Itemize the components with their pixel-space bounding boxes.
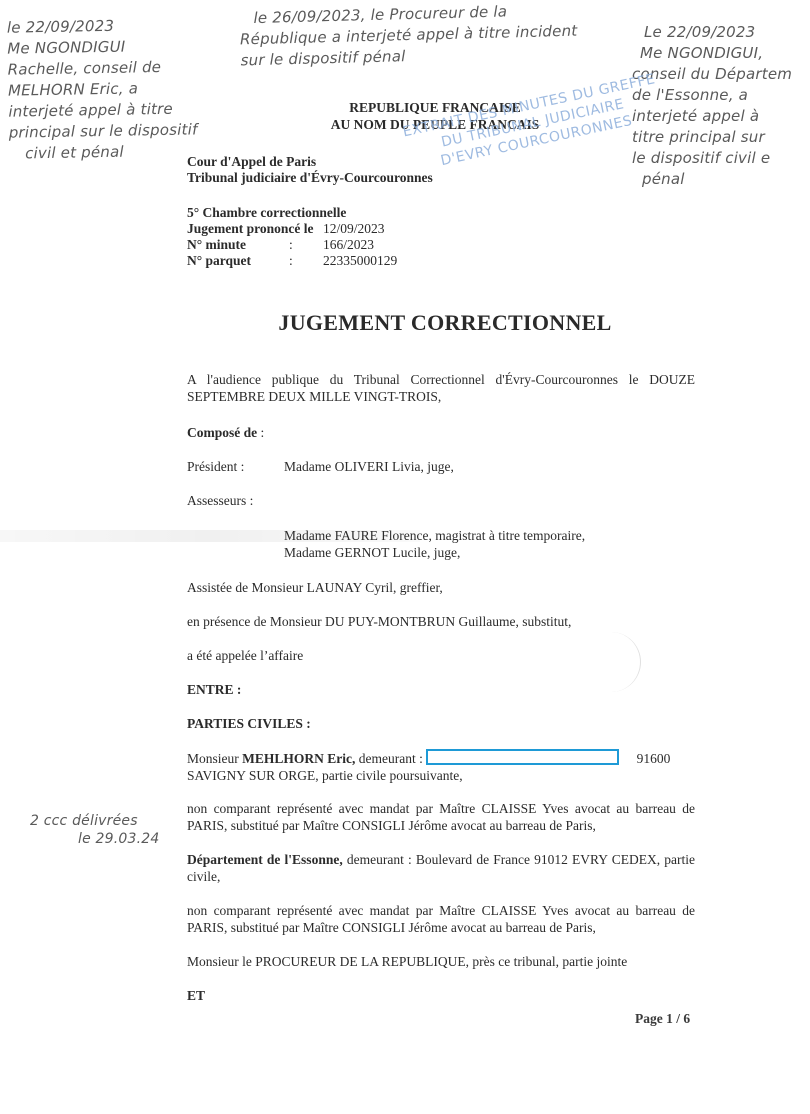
note-line: Me NGONDIGUI, [640,43,792,64]
tribunal-name: Tribunal judiciaire d'Évry-Courcouronnes [187,170,433,186]
et-heading: ET [187,987,695,1004]
chamber: 5° Chambre correctionnelle [187,205,397,221]
minute-row: N° minute : 166/2023 [187,237,397,253]
note-line: Le 22/09/2023 [640,22,792,43]
minute-value: 166/2023 [323,237,374,253]
entre-heading: ENTRE : [187,681,695,698]
handwritten-note-copies-delivered: 2 ccc délivrées le 29.03.24 [30,812,160,848]
representation-2: non comparant représenté avec mandat par… [187,902,695,936]
handwritten-note-appeal-procureur: le 26/09/2023, le Procureur de la Républ… [239,0,578,71]
note-line: civil et pénal [9,140,198,164]
note-line: le dispositif civil e [632,148,792,169]
note-line: pénal [640,169,792,190]
intro-text: A l'audience publique du Tribunal Correc… [187,371,695,405]
composition-colon: : [257,425,264,440]
greffier-line: Assistée de Monsieur LAUNAY Cyril, greff… [187,579,695,596]
composition-heading: Composé de : [187,424,695,441]
assesseurs-label: Assesseurs : [187,492,695,509]
president-label: Président : [187,458,284,475]
court-block: Cour d'Appel de Paris Tribunal judiciair… [187,154,433,186]
parquet-value: 22335000129 [323,253,397,269]
partie-civile-2: Département de l'Essonne, demeurant : Bo… [187,851,695,885]
registry-stamp: EXTRAIT DES MINUTES DU GREFFE DU TRIBUNA… [400,70,666,177]
page-number: Page 1 / 6 [635,1011,690,1027]
parties-civiles-heading: PARTIES CIVILES : [187,715,695,732]
representation-text: non comparant représenté avec mandat par… [187,902,695,936]
postcode: 91600 [619,751,670,766]
procureur-line: Monsieur le PROCUREUR DE LA REPUBLIQUE, … [187,953,695,970]
note-line: le 29.03.24 [30,830,160,848]
partie-name: MEHLHORN Eric, [242,751,355,766]
assesseur: Madame GERNOT Lucile, juge, [284,544,695,561]
civility: Monsieur [187,751,242,766]
substitut-line: en présence de Monsieur DU PUY-MONTBRUN … [187,613,695,630]
note-line: titre principal sur [632,127,792,148]
note-line: principal sur le dispositif [9,119,198,143]
case-metadata: 5° Chambre correctionnelle Jugement pron… [187,205,397,269]
judgment-date-row: Jugement prononcé le 12/09/2023 [187,221,397,237]
judgment-date-label: Jugement prononcé le [187,221,323,237]
affaire-line: a été appelée l’affaire [187,647,695,664]
president-row: Président :Madame OLIVERI Livia, juge, [187,458,695,475]
court-name: Cour d'Appel de Paris [187,154,433,170]
handwritten-note-appeal-mehlhorn: le 22/09/2023 Me NGONDIGUI Rachelle, con… [7,14,198,164]
judgment-date-value: 12/09/2023 [323,221,385,237]
separator: : [289,253,323,269]
intro-paragraph: A l'audience publique du Tribunal Correc… [187,371,695,405]
note-line: 2 ccc délivrées [30,812,160,830]
partie-name: Département de l'Essonne, [187,852,343,867]
president-value: Madame OLIVERI Livia, juge, [284,459,454,474]
redacted-address [426,749,619,765]
address-label: demeurant : [355,751,426,766]
parquet-label: N° parquet [187,253,289,269]
handwritten-note-appeal-essonne: Le 22/09/2023 Me NGONDIGUI, conseil du D… [640,22,792,190]
representation-text: non comparant représenté avec mandat par… [187,800,695,834]
city-role: SAVIGNY SUR ORGE, partie civile poursuiv… [187,768,463,783]
composition-label: Composé de [187,425,257,440]
document-title: JUGEMENT CORRECTIONNEL [0,310,810,336]
assesseur: Madame FAURE Florence, magistrat à titre… [284,527,695,544]
minute-label: N° minute [187,237,289,253]
representation-1: non comparant représenté avec mandat par… [187,800,695,834]
parquet-row: N° parquet : 22335000129 [187,253,397,269]
partie-civile-1: Monsieur MEHLHORN Eric, demeurant : 9160… [187,749,695,784]
assesseurs-list: Madame FAURE Florence, magistrat à titre… [187,527,695,561]
separator: : [289,237,323,253]
